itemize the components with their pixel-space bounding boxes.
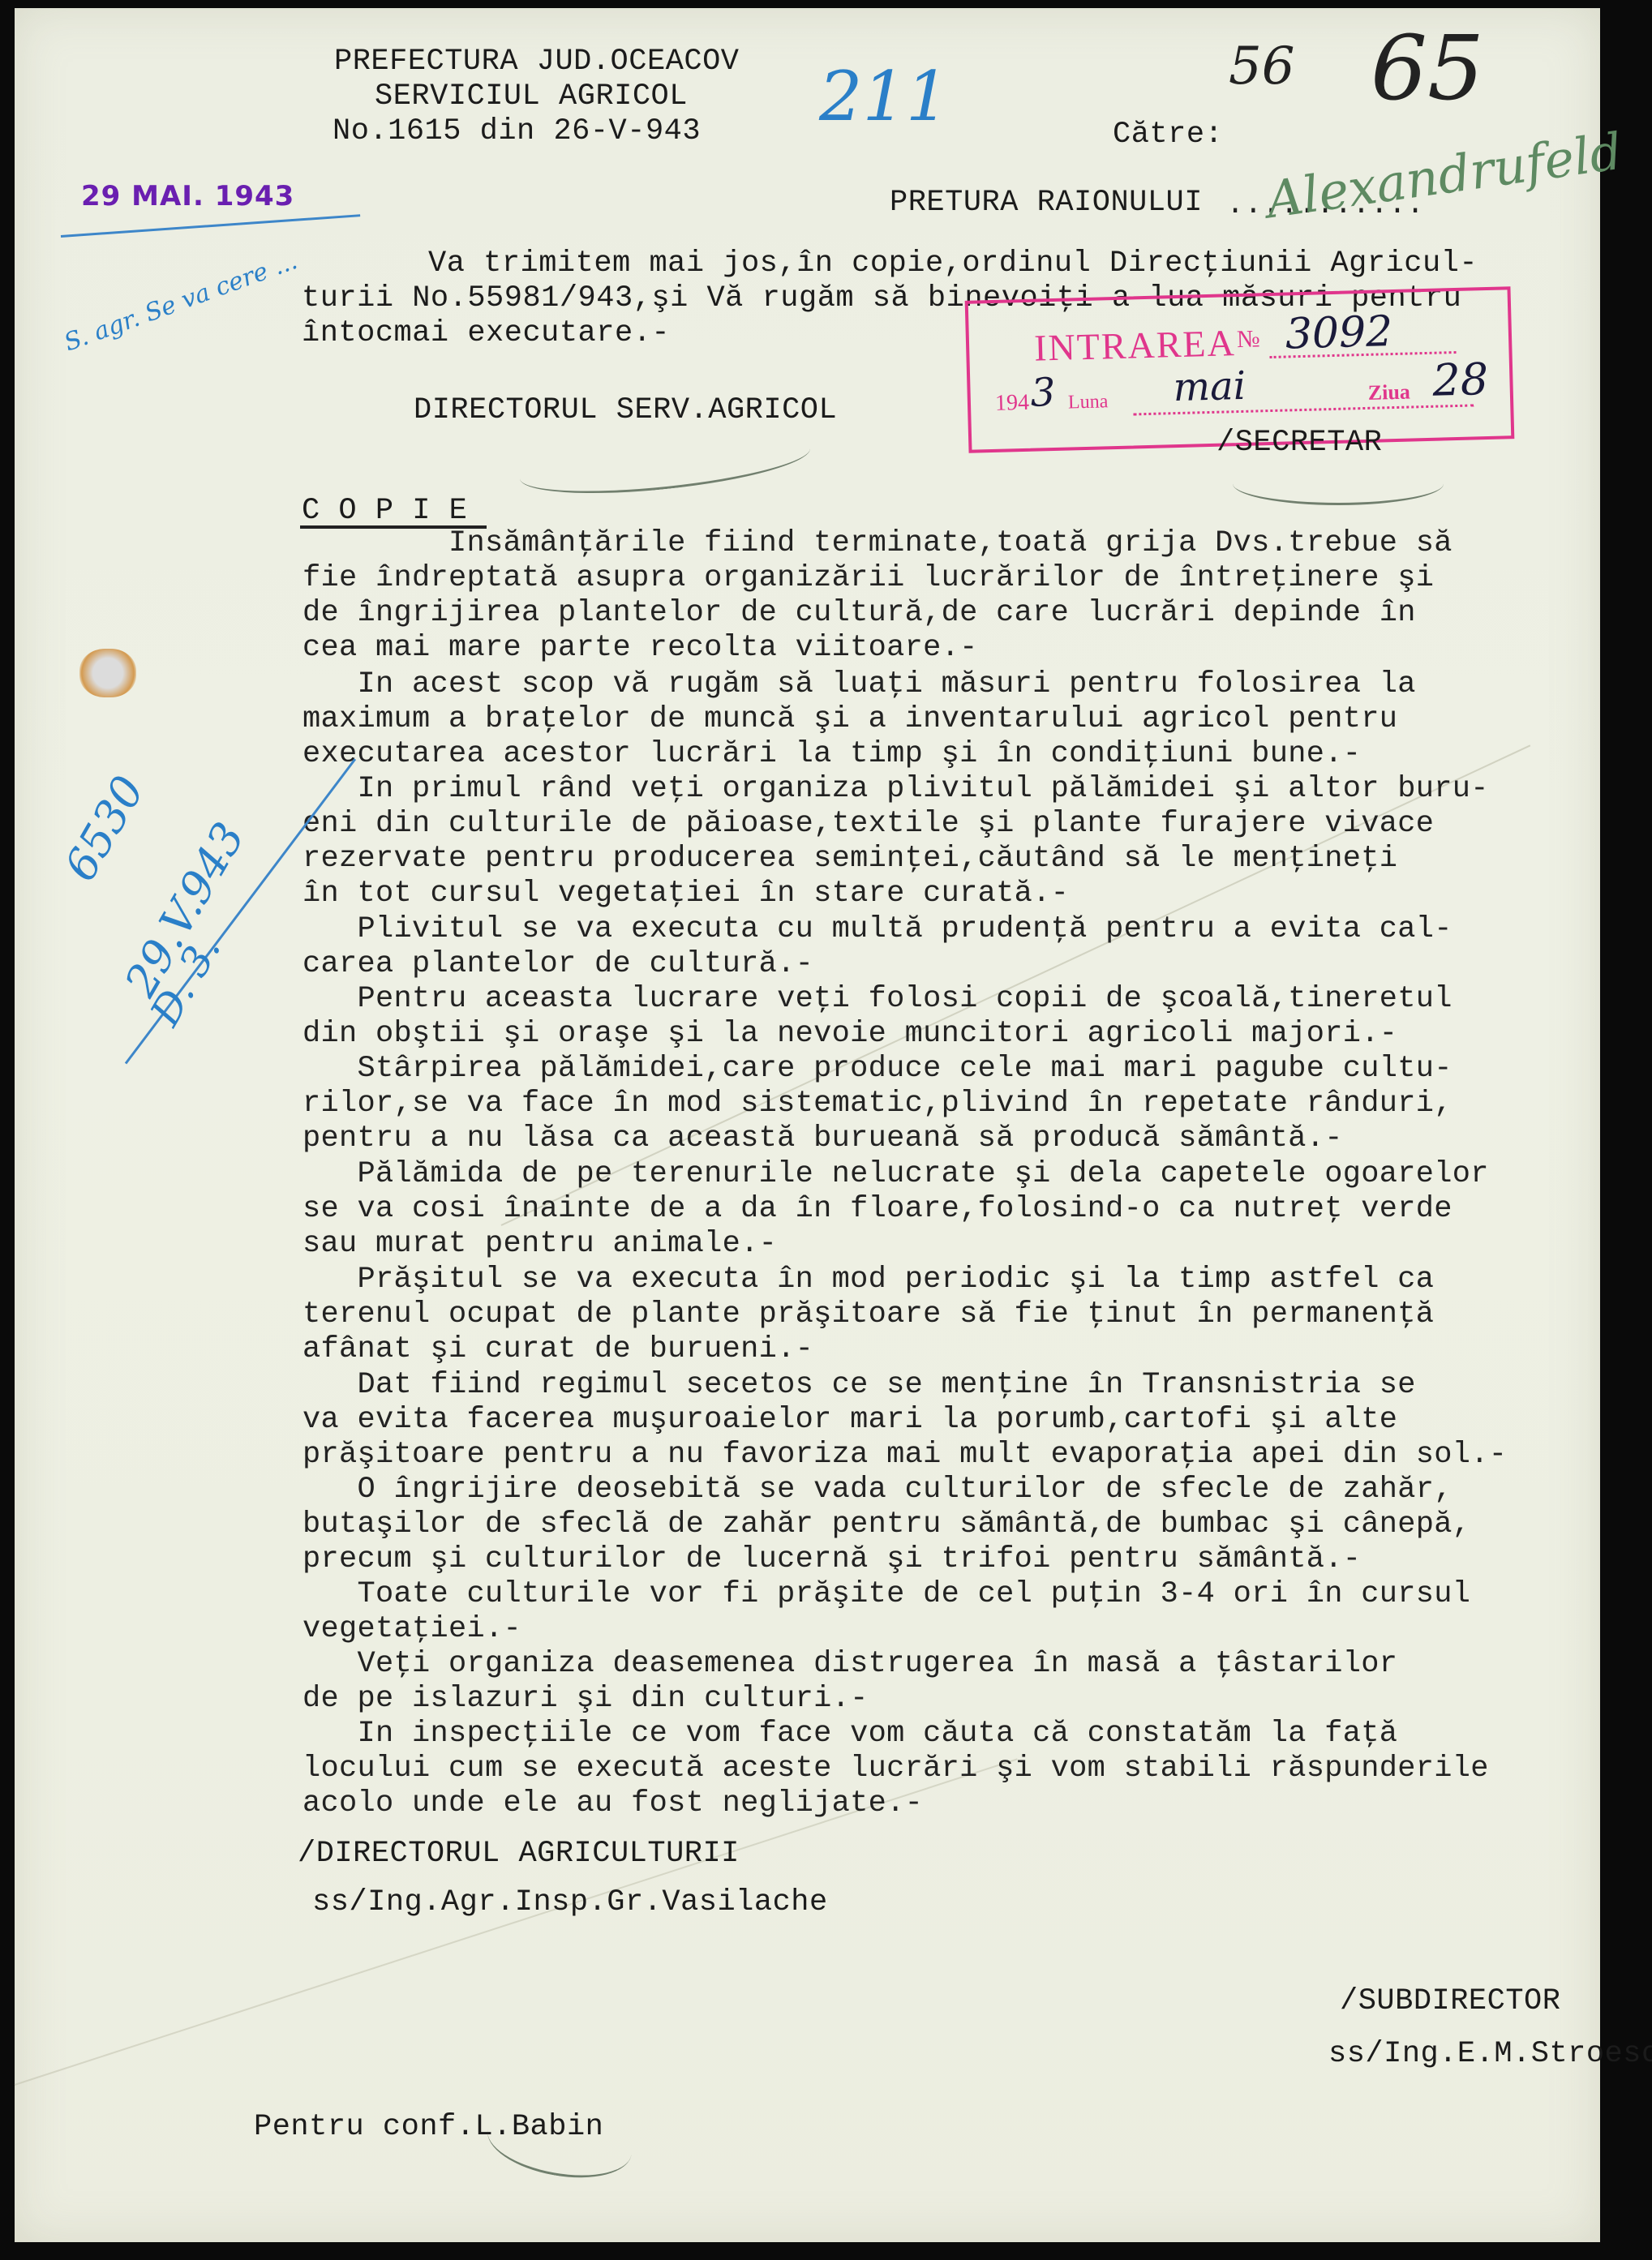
- body-line: din obştii şi oraşe şi la nevoie muncito…: [303, 1019, 1397, 1049]
- stamp-year-label: 194: [995, 390, 1030, 417]
- stamp-day-label: Ziua: [1367, 380, 1410, 405]
- body-line: pentru a nu lăsa ca această burueană să …: [303, 1124, 1343, 1154]
- body-line: se va cosi înainte de a da în floare,fol…: [303, 1194, 1452, 1224]
- institution-line1: PREFECTURA JUD.OCEACOV: [334, 47, 739, 77]
- date-stamp: 29 MAI. 1943: [81, 180, 294, 212]
- director-agriculturii-name: ss/Ing.Agr.Insp.Gr.Vasilache: [312, 1888, 828, 1918]
- body-line: Pălămida de pe terenurile nelucrate şi d…: [303, 1160, 1489, 1190]
- subdirector-name: ss/Ing.E.M.Stroescu: [1328, 2039, 1652, 2069]
- subdirector-title: /SUBDIRECTOR: [1340, 1987, 1560, 2017]
- stamp-month-label: Luna: [1068, 391, 1109, 414]
- body-line: executarea acestor lucrări la timp şi în…: [303, 740, 1361, 770]
- stamp-title: INTRAREA: [1034, 321, 1237, 369]
- body-line: afânat şi curat de burueni.-: [303, 1335, 813, 1365]
- paper-damage-hole: [79, 649, 136, 697]
- body-line: O îngrijire deosebită se vada culturilor…: [303, 1475, 1452, 1505]
- body-line: va evita facerea muşuroaielor mari la po…: [303, 1405, 1397, 1435]
- director-serv-agricol-title: DIRECTORUL SERV.AGRICOL: [414, 396, 837, 426]
- stamp-number: 3092: [1285, 307, 1393, 358]
- reference-number: No.1615 din 26-V-943: [333, 117, 701, 147]
- body-line: locului cum se execută aceste lucrări şi…: [303, 1754, 1489, 1784]
- secretary-signature: [1233, 462, 1444, 505]
- stamp-month-hand: mai: [1173, 363, 1247, 410]
- body-line: Prăşitul se va executa în mod periodic ş…: [303, 1265, 1434, 1295]
- body-line: Dat fiind regimul secetos ce se menţine …: [303, 1370, 1416, 1400]
- body-line: In inspecţiile ce vom face vom căuta că …: [303, 1719, 1397, 1749]
- stamp-day-hand: 28: [1432, 354, 1489, 406]
- body-line: In primul rând veţi organiza plivitul pă…: [303, 774, 1489, 804]
- institution-line2: SERVICIUL AGRICOL: [375, 82, 688, 112]
- handwritten-number-56: 56: [1229, 36, 1294, 96]
- stamp-no-label: №: [1237, 325, 1261, 354]
- body-line: Toate culturile vor fi prăşite de cel pu…: [303, 1580, 1470, 1610]
- body-line: rezervate pentru producerea seminţei,cău…: [303, 844, 1397, 874]
- body-line: Insămânţările fiind terminate,toată grij…: [303, 529, 1452, 559]
- handwritten-number-65: 65: [1371, 16, 1484, 120]
- body-line: In acest scop vă rugăm să luaţi măsuri p…: [303, 670, 1416, 700]
- recipient: PRETURA RAIONULUI: [890, 188, 1203, 218]
- intro-line-3: întocmai executare.-: [302, 319, 670, 349]
- body-line: vegetaţiei.-: [303, 1615, 521, 1645]
- body-line: de îngrijirea plantelor de cultură,de ca…: [303, 598, 1416, 628]
- to-label: Către:: [1113, 120, 1223, 150]
- body-line: Veţi organiza deasemenea distrugerea în …: [303, 1649, 1397, 1679]
- stamp-year-hand: 3: [1030, 370, 1056, 416]
- body-line: eni din culturile de păioase,textile şi …: [303, 809, 1434, 839]
- body-line: cea mai mare parte recolta viitoare.-: [303, 633, 978, 663]
- body-line: precum şi culturilor de lucernă şi trifo…: [303, 1545, 1361, 1575]
- body-line: Stârpirea pălămidei,care produce cele ma…: [303, 1054, 1452, 1084]
- intro-line-1: Va trimitem mai jos,în copie,ordinul Dir…: [428, 249, 1478, 279]
- body-line: în tot cursul vegetaţiei în stare curată…: [303, 879, 1069, 909]
- body-line: Plivitul se va executa cu multă prudenţă…: [303, 915, 1452, 945]
- body-line: rilor,se va face în mod sistematic,plivi…: [303, 1089, 1452, 1119]
- copy-heading: C O P I E: [302, 496, 467, 526]
- handwritten-number-blue: 211: [819, 57, 949, 136]
- body-line: maximum a braţelor de muncă şi a inventa…: [303, 705, 1397, 735]
- body-line: fie îndreptată asupra organizării lucrăr…: [303, 564, 1434, 594]
- body-line: Pentru aceasta lucrare veţi folosi copii…: [303, 984, 1452, 1014]
- body-line: prăşitoare pentru a nu favoriza mai mult…: [303, 1440, 1507, 1470]
- director-agriculturii-title: /DIRECTORUL AGRICULTURII: [298, 1839, 740, 1869]
- body-line: acolo unde ele au fost neglijate.-: [303, 1789, 923, 1819]
- body-line: sau murat pentru animale.-: [303, 1229, 777, 1259]
- body-line: de pe islazuri şi din culturi.-: [303, 1684, 869, 1714]
- body-line: carea plantelor de cultură.-: [303, 950, 813, 980]
- body-line: terenul ocupat de plante prăşitoare să f…: [303, 1300, 1434, 1330]
- secretary-title: /SECRETAR: [1216, 428, 1382, 458]
- body-line: butaşilor de sfeclă de zahăr pentru sămâ…: [303, 1510, 1470, 1540]
